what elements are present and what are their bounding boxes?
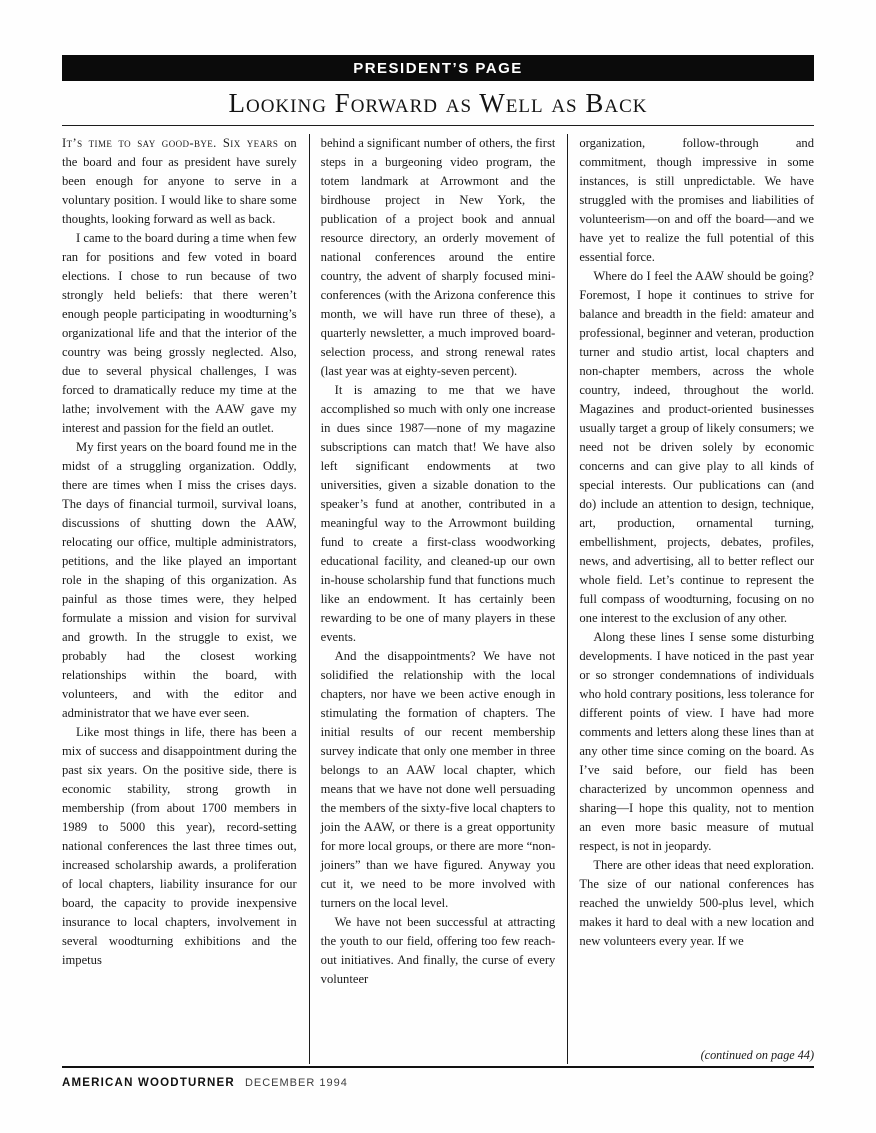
paragraph: I came to the board during a time when f… (62, 229, 297, 438)
magazine-page: PRESIDENT’S PAGE Looking Forward as Well… (0, 0, 876, 1089)
paragraph: Like most things in life, there has been… (62, 723, 297, 970)
article-column-3: organization, follow-through and commitm… (567, 134, 814, 1064)
paragraph: And the disappointments? We have not sol… (321, 647, 556, 913)
header-rule (62, 125, 814, 126)
article-body: It’s time to say good-bye. Six years on … (62, 134, 814, 1064)
section-banner-label: PRESIDENT’S PAGE (353, 60, 523, 77)
paragraph: Along these lines I sense some disturbin… (579, 628, 814, 856)
paragraph: There are other ideas that need explorat… (579, 856, 814, 951)
paragraph: We have not been successful at attractin… (321, 913, 556, 989)
continued-on-page-note: (continued on page 44) (693, 1046, 814, 1064)
paragraph: It is amazing to me that we have accompl… (321, 381, 556, 647)
article-column-1: It’s time to say good-bye. Six years on … (62, 134, 297, 1064)
article-title: Looking Forward as Well as Back (62, 88, 814, 119)
paragraph: Where do I feel the AAW should be going?… (579, 267, 814, 628)
issue-date: DECEMBER 1994 (245, 1077, 348, 1089)
lead-in-small-caps: It’s time to say good-bye. Six years (62, 136, 278, 150)
paragraph-continuation: organization, follow-through and commitm… (579, 134, 814, 267)
paragraph: My first years on the board found me in … (62, 438, 297, 723)
paragraph-continuation: behind a significant number of others, t… (321, 134, 556, 381)
magazine-name: AMERICAN WOODTURNER (62, 1077, 235, 1089)
article-column-2: behind a significant number of others, t… (309, 134, 556, 1064)
page-footer: AMERICAN WOODTURNER DECEMBER 1994 (62, 1066, 814, 1089)
paragraph: It’s time to say good-bye. Six years on … (62, 134, 297, 229)
section-banner: PRESIDENT’S PAGE (62, 55, 814, 81)
